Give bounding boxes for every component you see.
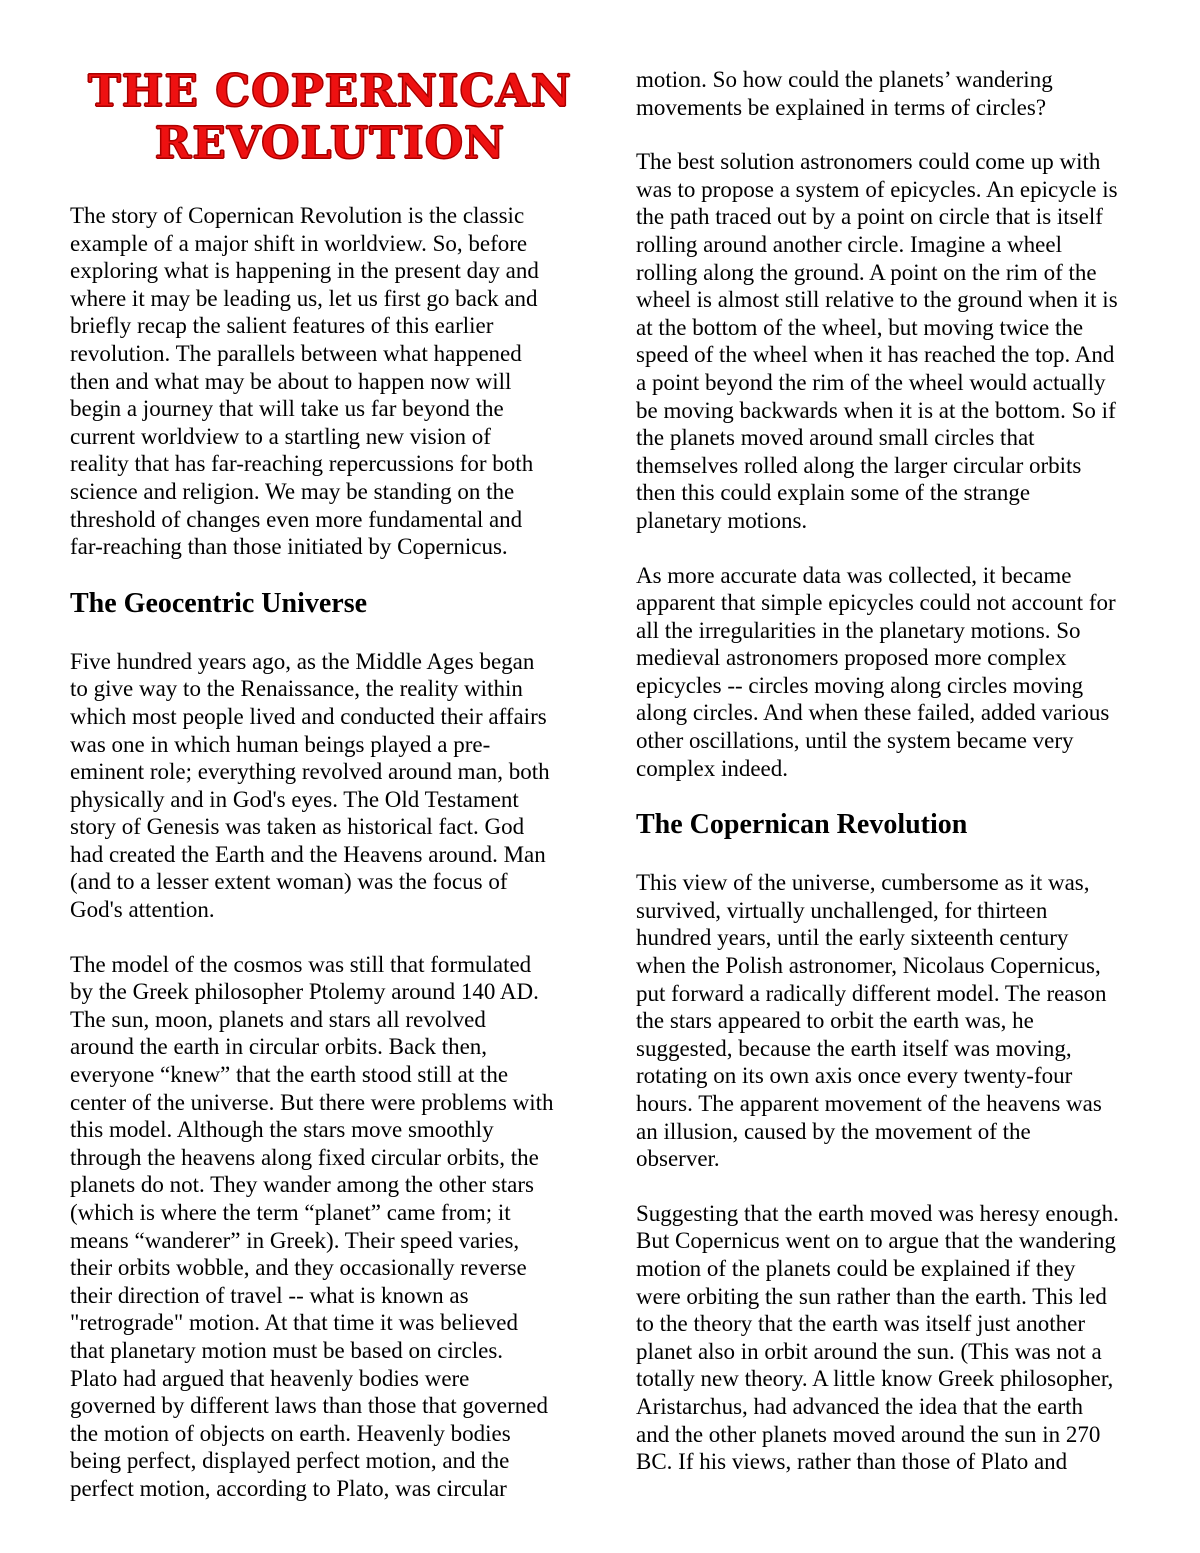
document-title: THE COPERNICAN REVOLUTION xyxy=(70,66,590,170)
paragraph-complex-epicycles: As more accurate data was collected, it … xyxy=(636,562,1156,783)
paragraph-copernican-intro: The story of Copernican Revolution is th… xyxy=(70,202,590,561)
paragraph-copernicus-model: This view of the universe, cumbersome as… xyxy=(636,869,1156,1173)
right-column: motion. So how could the planets’ wander… xyxy=(636,66,1156,1553)
paragraph-epicycles: The best solution astronomers could come… xyxy=(636,148,1156,534)
section-heading-copernican-revolution: The Copernican Revolution xyxy=(636,809,1156,841)
paragraph-ptolemy-model: The model of the cosmos was still that f… xyxy=(70,951,590,1503)
paragraph-heliocentric-theory: Suggesting that the earth moved was here… xyxy=(636,1200,1156,1476)
paragraph-wandering-motion-continued: motion. So how could the planets’ wander… xyxy=(636,66,1156,121)
document-page: THE COPERNICAN REVOLUTION The story of C… xyxy=(0,0,1200,1553)
section-heading-geocentric-universe: The Geocentric Universe xyxy=(70,588,590,620)
paragraph-middle-ages: Five hundred years ago, as the Middle Ag… xyxy=(70,648,590,924)
left-column: THE COPERNICAN REVOLUTION The story of C… xyxy=(70,66,590,1553)
